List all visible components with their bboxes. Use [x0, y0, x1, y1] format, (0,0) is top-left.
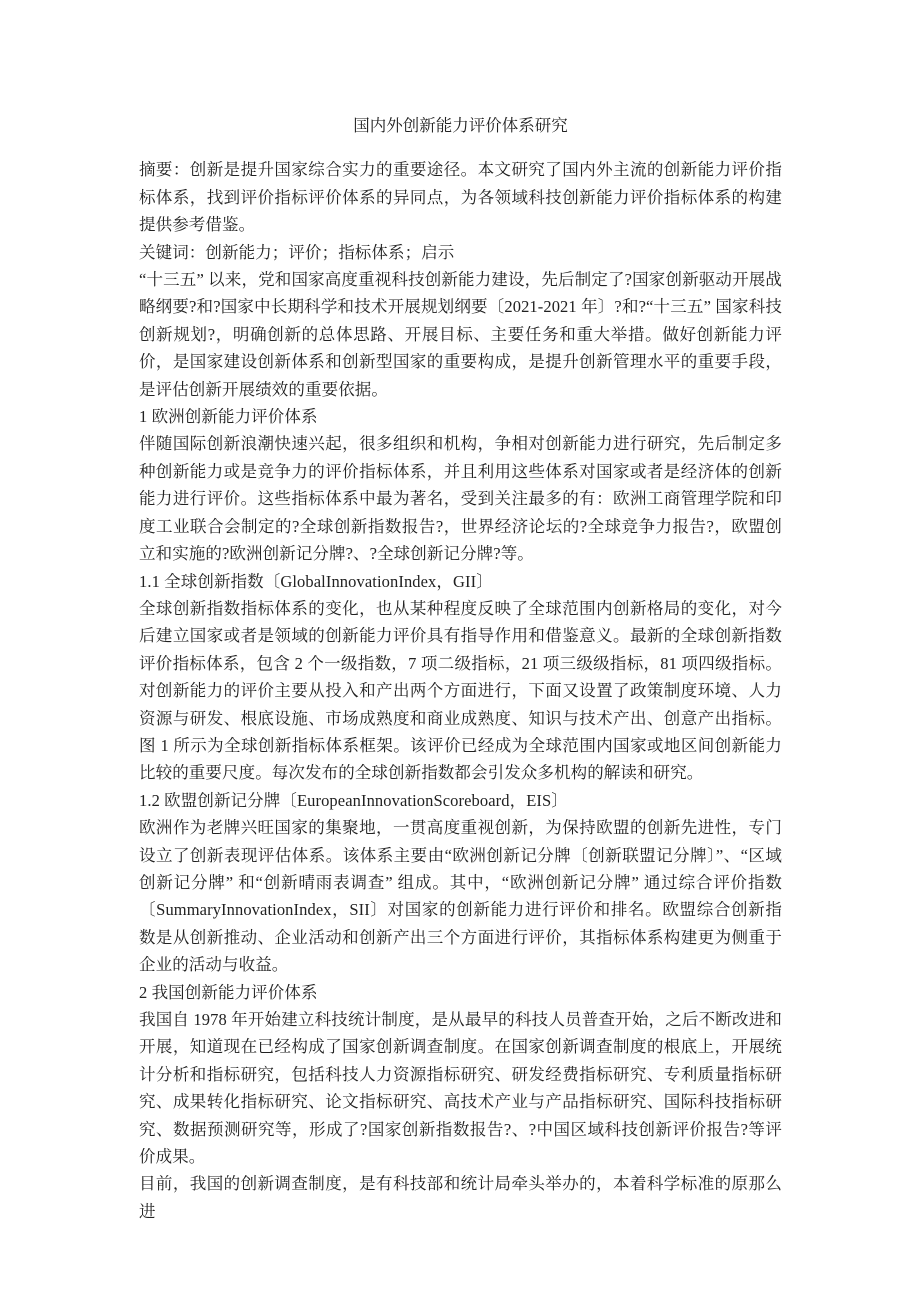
section-1-2-heading: 1.2 欧盟创新记分牌〔EuropeanInnovationScoreboard…	[139, 787, 782, 814]
section-2-paragraph-2: 目前，我国的创新调查制度，是有科技部和统计局牵头举办的，本着科学标准的原那么进	[139, 1170, 782, 1225]
section-1-paragraph: 伴随国际创新浪潮快速兴起，很多组织和机构，争相对创新能力进行研究，先后制定多种创…	[139, 430, 782, 567]
keywords-line: 关键词：创新能力；评价；指标体系；启示	[139, 239, 782, 266]
document-title: 国内外创新能力评价体系研究	[139, 112, 782, 139]
document-page: 国内外创新能力评价体系研究 摘要：创新是提升国家综合实力的重要途径。本文研究了国…	[0, 0, 920, 1302]
section-2-heading: 2 我国创新能力评价体系	[139, 979, 782, 1006]
document-content: 国内外创新能力评价体系研究 摘要：创新是提升国家综合实力的重要途径。本文研究了国…	[139, 112, 782, 1225]
section-1-heading: 1 欧洲创新能力评价体系	[139, 403, 782, 430]
section-2-paragraph: 我国自 1978 年开始建立科技统计制度，是从最早的科技人员普查开始，之后不断改…	[139, 1006, 782, 1170]
section-1-1-heading: 1.1 全球创新指数〔GlobalInnovationIndex，GII〕	[139, 568, 782, 595]
section-1-1-paragraph: 全球创新指数指标体系的变化，也从某种程度反映了全球范围内创新格局的变化，对今后建…	[139, 595, 782, 787]
intro-paragraph: “十三五” 以来，党和国家高度重视科技创新能力建设，先后制定了?国家创新驱动开展…	[139, 266, 782, 403]
section-1-2-paragraph: 欧洲作为老牌兴旺国家的集聚地，一贯高度重视创新，为保持欧盟的创新先进性，专门设立…	[139, 814, 782, 978]
abstract-paragraph: 摘要：创新是提升国家综合实力的重要途径。本文研究了国内外主流的创新能力评价指标体…	[139, 156, 782, 238]
